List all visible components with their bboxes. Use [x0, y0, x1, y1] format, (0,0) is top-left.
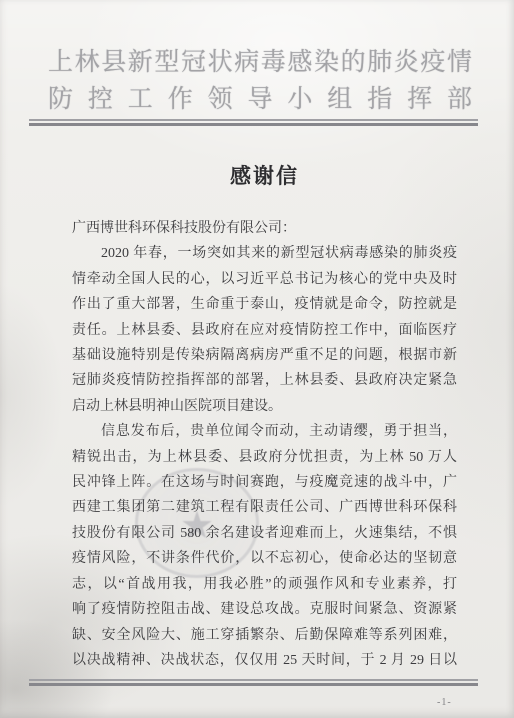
- body-line: 民冲锋上阵。在这场与时间赛跑，与疫魔竞速的战斗中，广: [72, 470, 457, 495]
- body-line: 作出了重大部署，生命重于泰山，疫情就是命令，防控就是: [72, 292, 457, 317]
- divider-thick-line: [29, 123, 478, 126]
- body-line: 责任。上林县委、县政府在应对疫情防控工作中，面临医疗: [72, 318, 457, 343]
- body-line: 志，以“首战用我，用我必胜”的顽强作风和专业素养，打: [72, 572, 457, 597]
- scanned-letter-page: 上林县新型冠状病毒感染的肺炎疫情 防控工作领导小组指挥部 感谢信 ★ 广西博世科…: [0, 0, 514, 718]
- body-line: 技股份有限公司 580 余名建设者迎难而上，火速集结，不惧: [72, 521, 457, 546]
- body-line: 精锐出击，为上林县委、县政府分忧担责，为上林 50 万人: [72, 445, 457, 470]
- body-line: 信息发布后，贵单位闻令而动，主动请缨，勇于担当，: [72, 419, 457, 444]
- page-number: -1-: [437, 697, 452, 708]
- body-line: 西建工集团第二建筑工程有限责任公司、广西博世科环保科: [72, 495, 457, 520]
- body-line: 情牵动全国人民的心，以习近平总书记为核心的党中央及时: [72, 267, 457, 292]
- body-line: 疫情风险，不讲条件代价，以不忘初心，使命必达的坚韧意: [72, 546, 457, 571]
- body-line: 2020 年春，一场突如其来的新型冠状病毒感染的肺炎疫: [72, 241, 457, 266]
- body-line: 响了疫情防控阻击战、建设总攻战。克服时间紧急、资源紧: [72, 597, 457, 622]
- body-line: 缺、安全风险大、施工穿插繁杂、后勤保障难等系列困难，: [72, 623, 457, 648]
- salutation-line: 广西博世科环保科技股份有限公司：: [72, 216, 457, 241]
- letterhead-divider: [29, 119, 478, 126]
- body-line: 基础设施特别是传染病隔离病房严重不足的问题，根据市新: [72, 343, 457, 368]
- letterhead-line2: 防控工作领导小组指挥部: [48, 80, 472, 118]
- body-line: 以决战精神、决战状态，仅仅用 25 天时间，于 2 月 29 日以: [72, 648, 457, 673]
- divider-thick-line: [29, 683, 478, 686]
- body-line: 启动上林县明神山医院项目建设。: [72, 394, 457, 419]
- letterhead: 上林县新型冠状病毒感染的肺炎疫情 防控工作领导小组指挥部: [48, 44, 472, 118]
- body-line: 冠肺炎疫情防控指挥部的部署，上林县委、县政府决定紧急: [72, 368, 457, 393]
- letter-body: 广西博世科环保科技股份有限公司： 2020 年春，一场突如其来的新型冠状病毒感染…: [72, 216, 457, 673]
- footer-divider: [29, 679, 478, 686]
- letterhead-line1: 上林县新型冠状病毒感染的肺炎疫情: [48, 44, 472, 80]
- document-title: 感谢信: [72, 160, 457, 190]
